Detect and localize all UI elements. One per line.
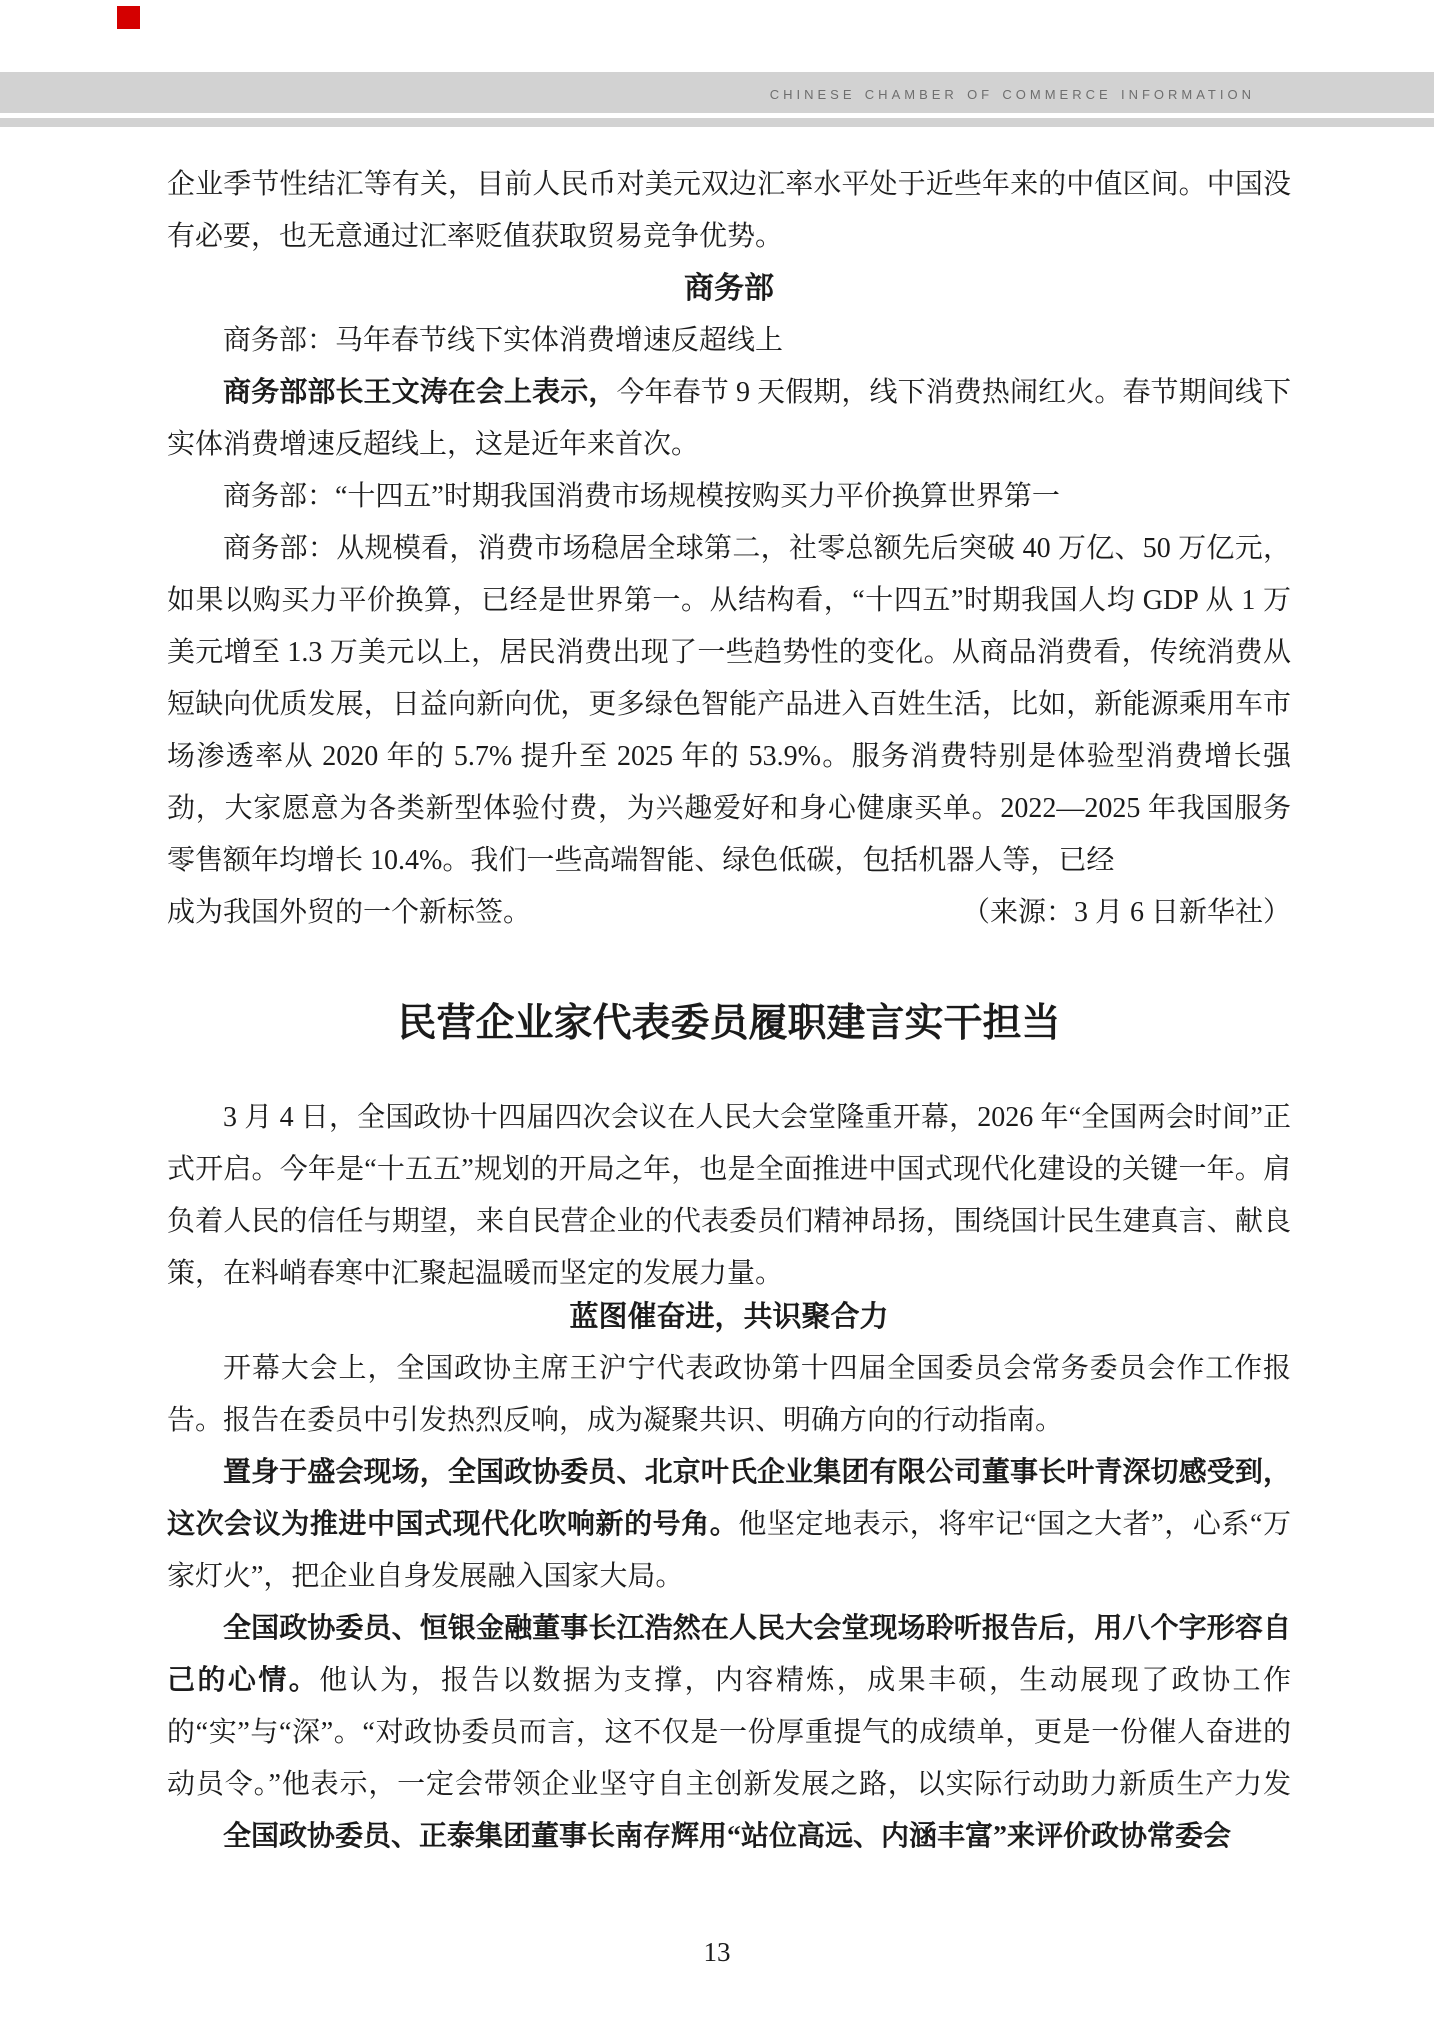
paragraph-spring-festival-headline: 商务部：马年春节线下实体消费增速反超线上 [167, 315, 1291, 367]
red-square-marker [117, 6, 140, 29]
minister-statement-bold-lead: 商务部部长王文涛在会上表示， [223, 377, 616, 408]
closing-line-with-source: 成为我国外贸的一个新标签。 （来源：3 月 6 日新华社） [167, 887, 1291, 939]
section-heading-ministry-of-commerce: 商务部 [167, 263, 1291, 315]
paragraph-article-intro: 3 月 4 日，全国政协十四届四次会议在人民大会堂隆重开幕，2026 年“全国两… [167, 1092, 1291, 1300]
paragraph-nan-cunhui: 全国政协委员、正泰集团董事长南存辉用“站位高远、内涵丰富”来评价政协常委会 [167, 1811, 1291, 1863]
source-attribution: （来源：3 月 6 日新华社） [962, 887, 1291, 939]
paragraph-market-scale-body: 商务部：从规模看，消费市场稳居全球第二，社零总额先后突破 40 万亿、50 万亿… [167, 523, 1291, 887]
paragraph-market-scale-headline: 商务部：“十四五”时期我国消费市场规模按购买力平价换算世界第一 [167, 471, 1291, 523]
subheading-blueprint-consensus: 蓝图催奋进，共识聚合力 [167, 1291, 1291, 1343]
jiang-haoran-rest: 他认为，报告以数据为支撑，内容精炼，成果丰硕，生动展现了政协工作的“实”与“深”… [167, 1665, 1291, 1811]
page-number: 13 [0, 1926, 1434, 1978]
paragraph-minister-statement: 商务部部长王文涛在会上表示，今年春节 9 天假期，线下消费热闹红火。春节期间线下… [167, 367, 1291, 471]
article-title: 民营企业家代表委员履职建言实干担当 [167, 986, 1291, 1062]
document-page: { "marker": { "color": "#d40000" }, "hea… [0, 0, 1434, 2024]
paragraph-exchange-rate-continuation: 企业季节性结汇等有关，目前人民币对美元双边汇率水平处于近些年来的中值区间。中国没… [167, 159, 1291, 263]
closing-sentence: 成为我国外贸的一个新标签。 [167, 887, 531, 939]
page-body: 企业季节性结汇等有关，目前人民币对美元双边汇率水平处于近些年来的中值区间。中国没… [167, 0, 1291, 2024]
paragraph-work-report: 开幕大会上，全国政协主席王沪宁代表政协第十四届全国委员会常务委员会作工作报告。报… [167, 1343, 1291, 1447]
paragraph-jiang-haoran: 全国政协委员、恒银金融董事长江浩然在人民大会堂现场聆听报告后，用八个字形容自己的… [167, 1603, 1291, 1811]
paragraph-ye-qing: 置身于盛会现场，全国政协委员、北京叶氏企业集团有限公司董事长叶青深切感受到，这次… [167, 1447, 1291, 1603]
